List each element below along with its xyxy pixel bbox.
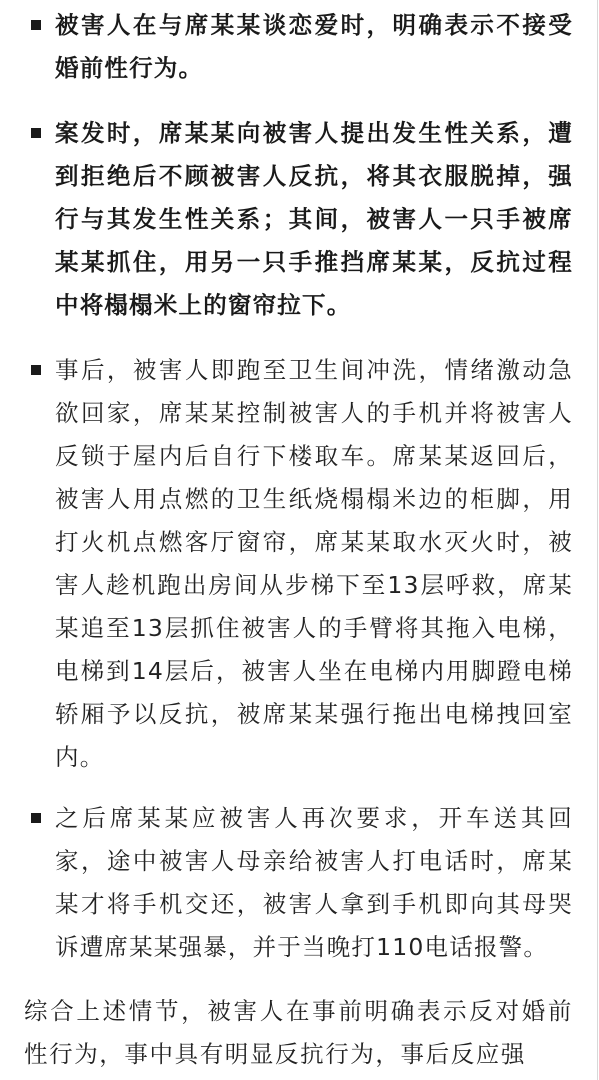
bullet-text: 事后，被害人即跑至卫生间冲洗，情绪激动急欲回家，席某某控制被害人的手机并将被害人…	[55, 356, 573, 771]
bullet-item: 被害人在与席某某谈恋爱时，明确表示不接受婚前性行为。	[0, 4, 597, 90]
summary-paragraph: 综合上述情节，被害人在事前明确表示反对婚前性行为，事中具有明显反抗行为，事后反应…	[0, 990, 597, 1076]
square-bullet-icon	[31, 365, 41, 375]
page-edge-divider	[597, 0, 598, 1080]
bullet-text: 之后席某某应被害人再次要求，开车送其回家，途中被害人母亲给被害人打电话时，席某某…	[55, 804, 573, 961]
bullet-text: 被害人在与席某某谈恋爱时，明确表示不接受婚前性行为。	[55, 11, 573, 82]
square-bullet-icon	[31, 128, 41, 138]
bullet-item: 之后席某某应被害人再次要求，开车送其回家，途中被害人母亲给被害人打电话时，席某某…	[0, 797, 597, 969]
square-bullet-icon	[31, 813, 41, 823]
square-bullet-icon	[31, 20, 41, 30]
bullet-item: 事后，被害人即跑至卫生间冲洗，情绪激动急欲回家，席某某控制被害人的手机并将被害人…	[0, 349, 597, 779]
bullet-text: 案发时，席某某向被害人提出发生性关系，遭到拒绝后不顾被害人反抗，将其衣服脱掉，强…	[55, 119, 573, 319]
bullet-item: 案发时，席某某向被害人提出发生性关系，遭到拒绝后不顾被害人反抗，将其衣服脱掉，强…	[0, 112, 597, 327]
